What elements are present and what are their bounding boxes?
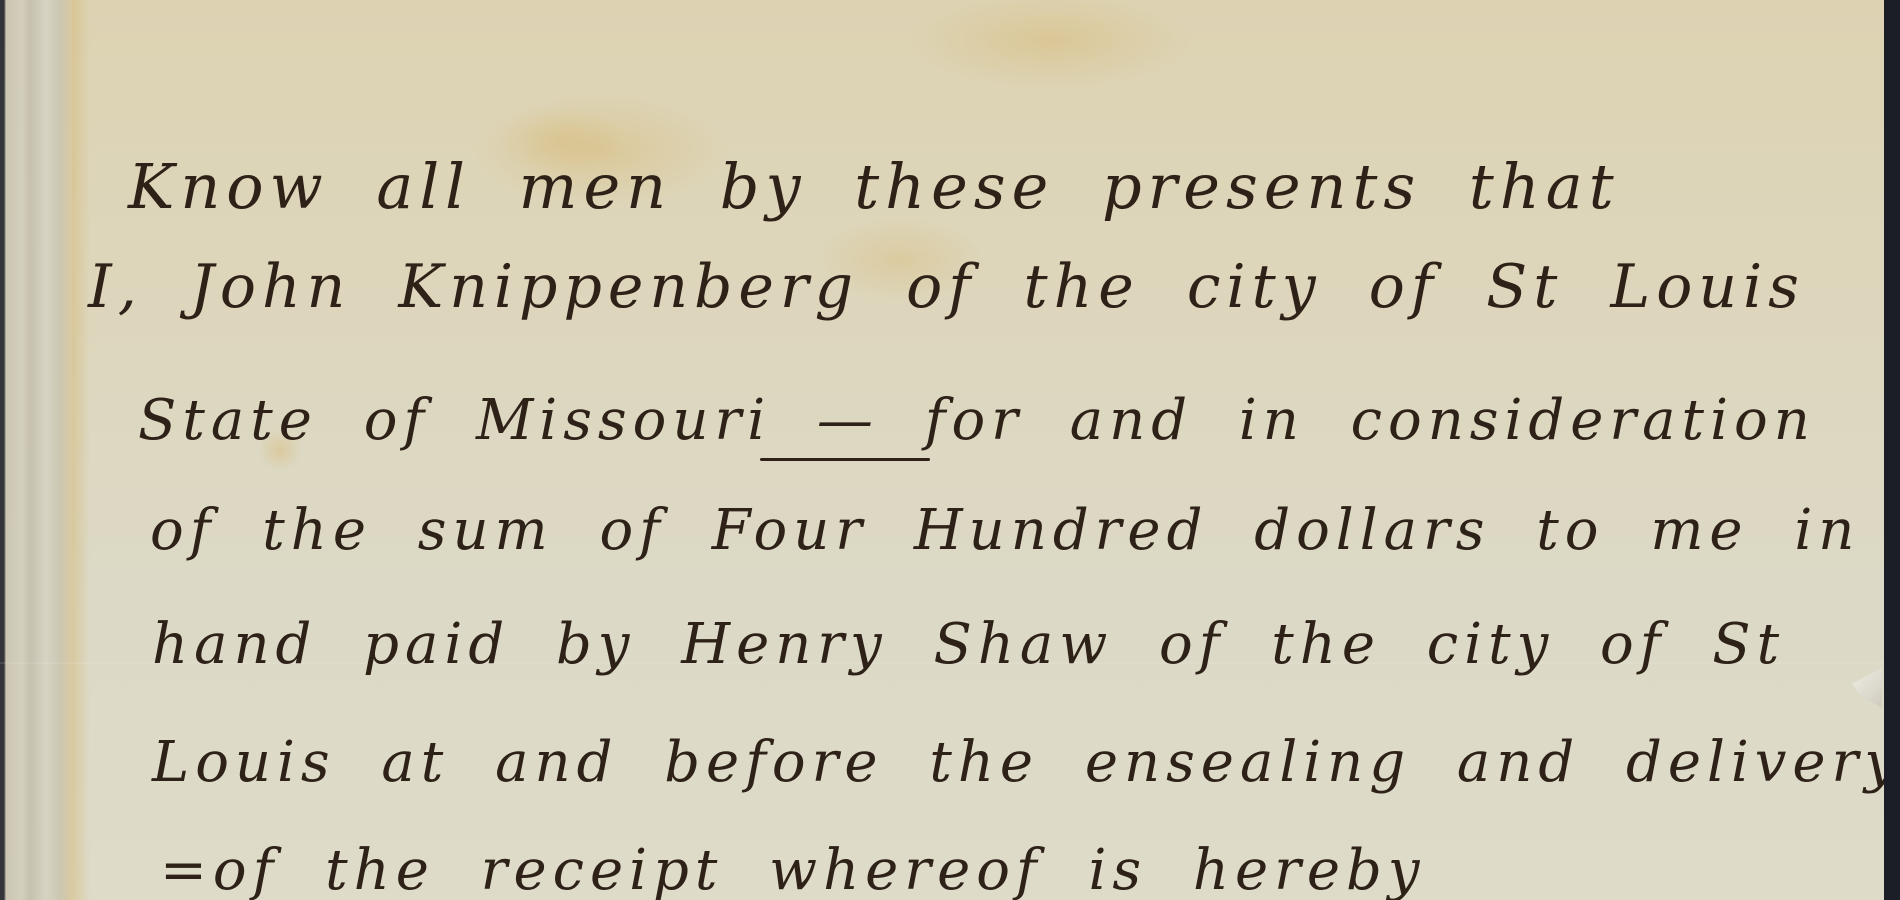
handwritten-line-6: Louis at and before the ensealing and de… xyxy=(152,730,1900,795)
handwritten-line-4: of the sum of Four Hundred dollars to me… xyxy=(150,498,1860,563)
handwritten-line-2: I, John Knippenberg of the city of St Lo… xyxy=(88,252,1805,322)
document-scan: Know all men by these presents that I, J… xyxy=(0,0,1900,900)
folded-left-margin xyxy=(0,0,72,900)
handwritten-line-1: Know all men by these presents that xyxy=(128,150,1620,223)
handwritten-line-3: State of Missouri — for and in considera… xyxy=(138,388,1816,453)
ink-underline-stroke xyxy=(760,458,930,461)
handwritten-line-7: =of the receipt whereof is hereby xyxy=(160,838,1426,900)
fold-stain xyxy=(72,0,90,900)
dark-background-edge xyxy=(1884,0,1900,900)
handwritten-line-5: hand paid by Henry Shaw of the city of S… xyxy=(152,612,1785,677)
